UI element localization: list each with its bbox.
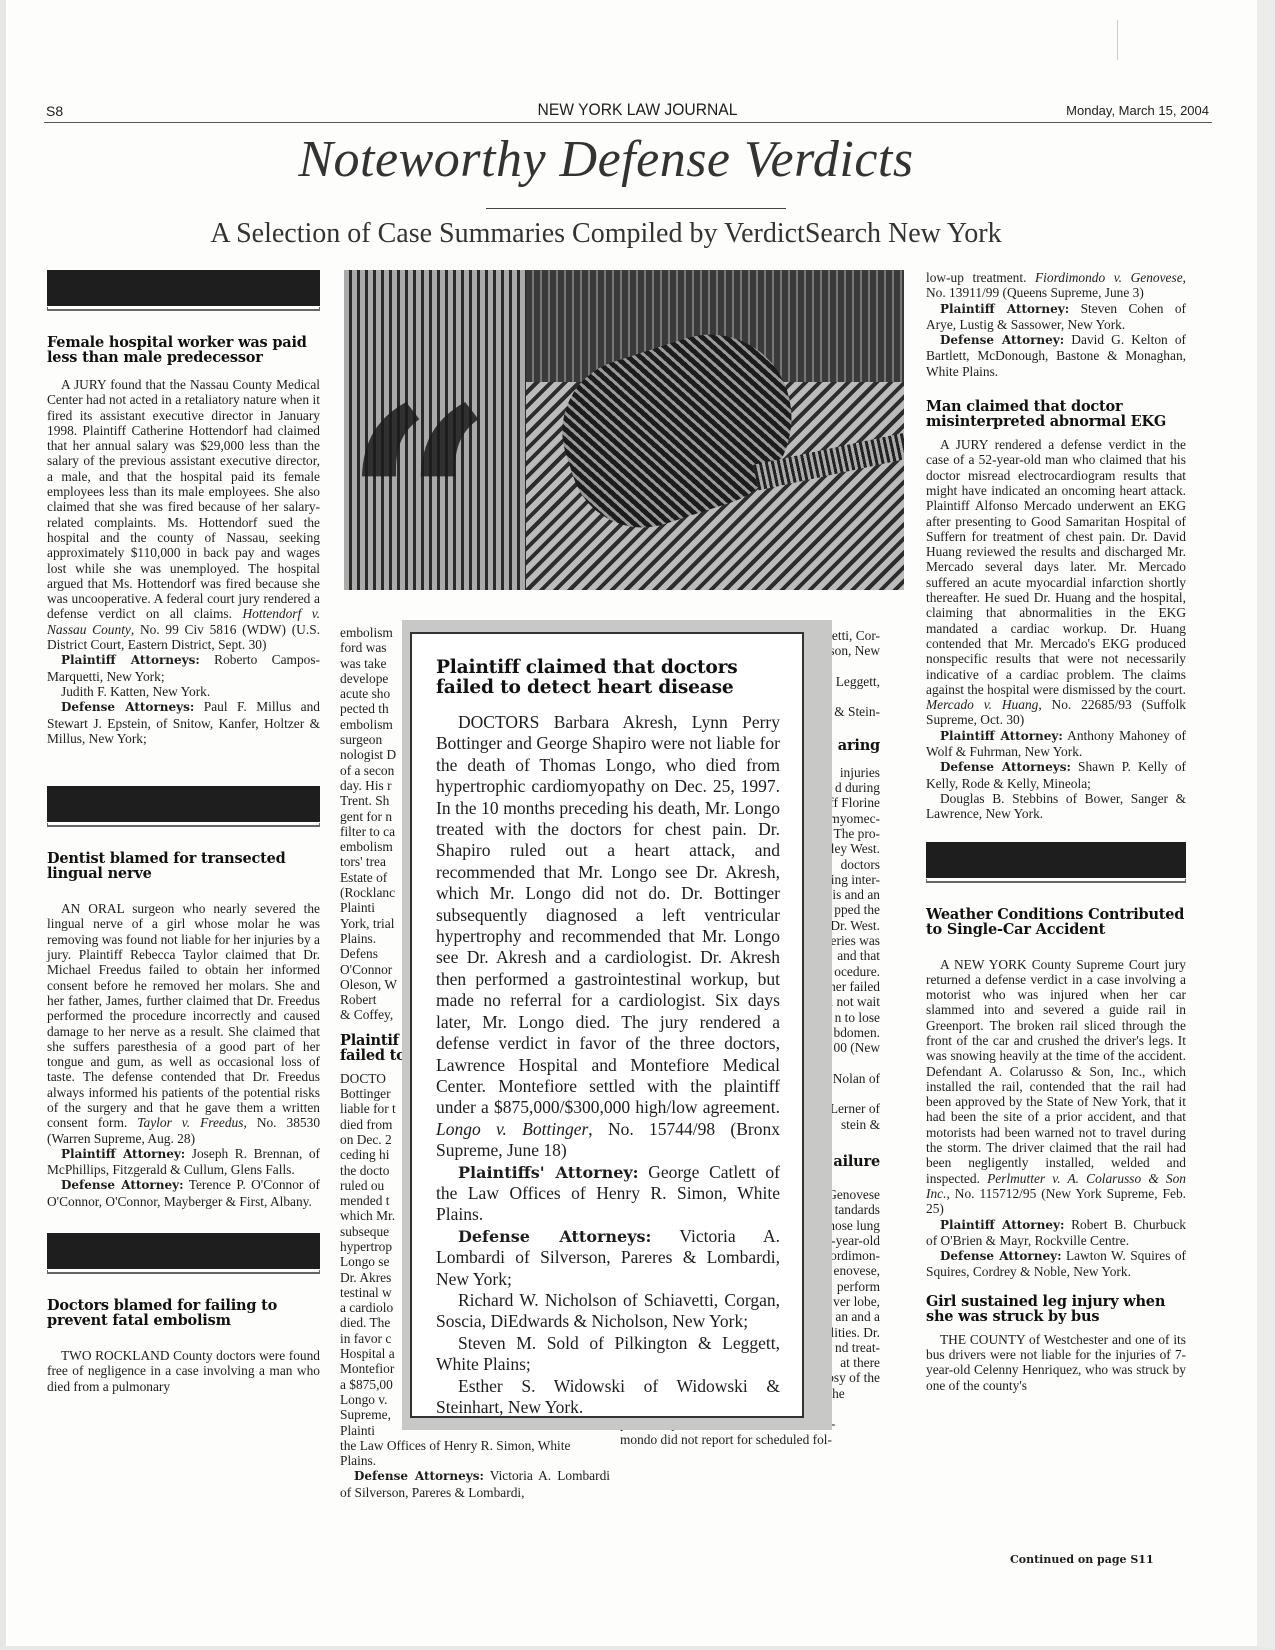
article-headline: Weather Conditions Contributed to Single… — [926, 907, 1186, 937]
plaintiff-label: Plaintiff Attorneys: — [61, 653, 200, 667]
article-hottendorf: Female hospital worker was paid less tha… — [47, 335, 320, 746]
defense-attorney-2: Richard W. Nicholson of Schiavetti, Corg… — [436, 1290, 780, 1333]
article-headline: Dentist blamed for transected lingual ne… — [47, 851, 320, 881]
column-1: Female hospital worker was paid less tha… — [47, 270, 320, 1394]
title-rule — [486, 208, 786, 209]
article-perlmutter: Weather Conditions Contributed to Single… — [926, 907, 1186, 1280]
article-mercado: Man claimed that doctor misinterpreted a… — [926, 399, 1186, 821]
page-title: Noteworthy Defense Verdicts — [0, 130, 1212, 189]
plaintiff-label: Plaintiffs' Attorney: — [458, 1163, 639, 1182]
plaintiff-attorney-2: Judith F. Katten, New York. — [47, 684, 320, 699]
article-body: A JURY found that the Nassau County Medi… — [47, 377, 320, 652]
article-taylor: Dentist blamed for transected lingual ne… — [47, 851, 320, 1209]
text-line: mondo did not report for scheduled fol- — [620, 1432, 880, 1447]
feature-headline: Plaintiff claimed that doctors failed to… — [436, 658, 780, 698]
article-headline: Doctors blamed for failing to prevent fa… — [47, 1298, 320, 1328]
gavel-illustration: “ — [344, 270, 904, 590]
defense-attorney-3: Steven M. Sold of Pilkington & Leggett, … — [436, 1333, 780, 1376]
publication-name: NEW YORK LAW JOURNAL — [51, 100, 1224, 120]
article-body: AN ORAL surgeon who nearly severed the l… — [47, 901, 320, 1146]
fold-mark — [1117, 20, 1118, 60]
plaintiff-label: Plaintiff Attorney: — [61, 1147, 185, 1161]
page-subtitle: A Selection of Case Summaries Compiled b… — [0, 218, 1212, 250]
continued-link[interactable]: Continued on page S11 — [1010, 1553, 1154, 1566]
defense-label: Defense Attorney: — [61, 1178, 184, 1192]
section-bar — [47, 1233, 320, 1270]
column-2-tail: the Law Offices of Henry R. Simon, White… — [340, 1438, 610, 1500]
article-headline: Girl sustained leg injury when she was s… — [926, 1294, 1186, 1324]
article-henriquez: Girl sustained leg injury when she was s… — [926, 1294, 1186, 1393]
article-embolism: Doctors blamed for failing to prevent fa… — [47, 1298, 320, 1394]
article-headline: Female hospital worker was paid less tha… — [47, 335, 320, 365]
issue-date: Monday, March 15, 2004 — [1066, 103, 1209, 118]
defense-label: Defense Attorneys: — [61, 700, 194, 714]
article-body: TWO ROCKLAND County doctors were found f… — [47, 1348, 320, 1394]
feature-box-longo: Plaintiff claimed that doctors failed to… — [410, 632, 804, 1418]
header-rule — [44, 122, 1212, 123]
defense-label: Defense Attorneys: — [458, 1227, 651, 1246]
feature-body: DOCTORS Barbara Akresh, Lynn Perry Botti… — [436, 712, 780, 1162]
article-body: A NEW YORK County Supreme Court jury ret… — [926, 957, 1186, 1217]
section-bar — [926, 842, 1186, 879]
article-headline: Man claimed that doctor misinterpreted a… — [926, 399, 1186, 429]
article-body: A JURY rendered a defense verdict in the… — [926, 437, 1186, 728]
quote-mark-icon: “ — [344, 405, 494, 590]
section-bar — [47, 270, 320, 307]
defense-attorney-4: Esther S. Widowski of Widowski & Steinha… — [436, 1376, 780, 1419]
column-4: low-up treatment. Fiordimondo v. Genoves… — [926, 270, 1186, 1393]
article-body: THE COUNTY of Westchester and one of its… — [926, 1332, 1186, 1393]
section-bar — [47, 786, 320, 823]
continued-text: low-up treatment. Fiordimondo v. Genoves… — [926, 270, 1186, 301]
